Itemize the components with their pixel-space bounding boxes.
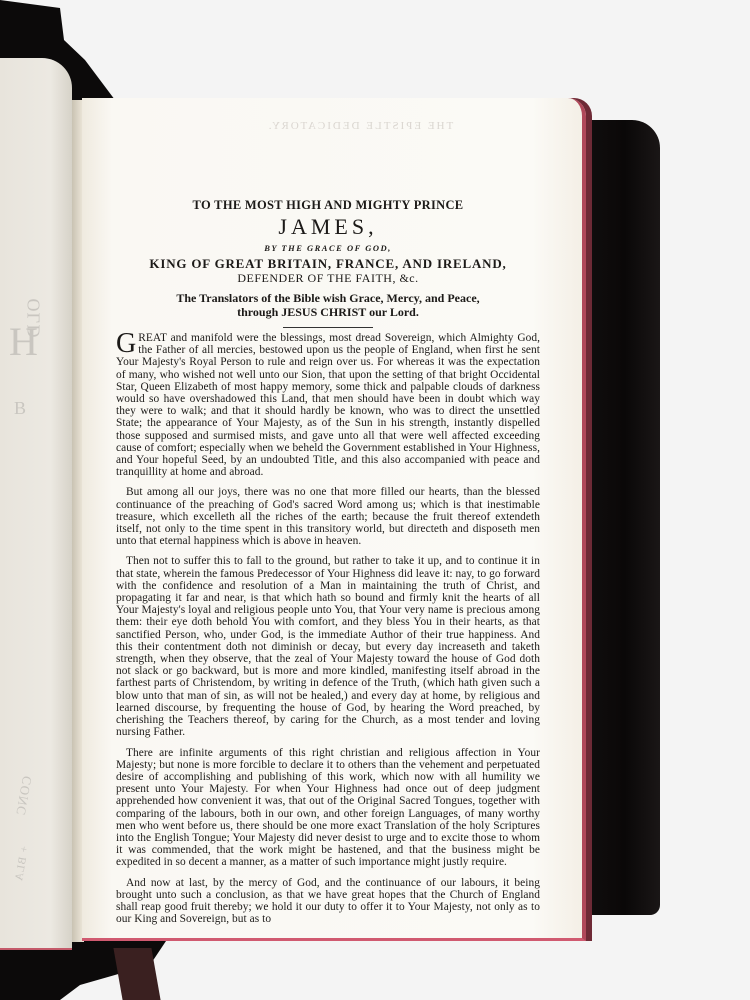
- dedication-content: TO THE MOST HIGH AND MIGHTY PRINCE JAMES…: [116, 198, 540, 933]
- bleed-through-header: THE EPISTLE DEDICATORY.: [230, 120, 490, 132]
- paragraph-5: And now at last, by the mercy of God, an…: [116, 877, 540, 926]
- dedication-name: JAMES,: [116, 215, 540, 239]
- ghost-text: OLD: [24, 299, 45, 339]
- dedication-title: KING OF GREAT BRITAIN, FRANCE, AND IRELA…: [116, 256, 540, 271]
- ghost-text: B: [14, 398, 27, 419]
- dedication-greeting: The Translators of the Bible wish Grace,…: [116, 291, 540, 305]
- dedication-grace: BY THE GRACE OF GOD,: [116, 243, 540, 253]
- dedication-line1: TO THE MOST HIGH AND MIGHTY PRINCE: [116, 198, 540, 213]
- paragraph-2: But among all our joys, there was no one…: [116, 486, 540, 547]
- dedication-defender: DEFENDER OF THE FAITH, &c.: [116, 271, 540, 285]
- photo-scene: H OLD B CONC + BLA THE EPISTLE DEDICATOR…: [0, 0, 750, 1000]
- paragraph-1: GREAT and manifold were the blessings, m…: [116, 332, 540, 478]
- ghost-text: + BLA: [13, 845, 31, 883]
- divider-rule: [283, 327, 373, 328]
- left-page: H OLD B CONC + BLA: [0, 58, 72, 950]
- paragraph-1-text: REAT and manifold were the blessings, mo…: [116, 332, 540, 478]
- drop-cap: G: [116, 333, 136, 355]
- dedication-greeting-2: through JESUS CHRIST our Lord.: [116, 305, 540, 319]
- ghost-text: CONC: [13, 775, 36, 817]
- paragraph-4: There are infinite arguments of this rig…: [116, 747, 540, 869]
- paragraph-3: Then not to suffer this to fall to the g…: [116, 555, 540, 738]
